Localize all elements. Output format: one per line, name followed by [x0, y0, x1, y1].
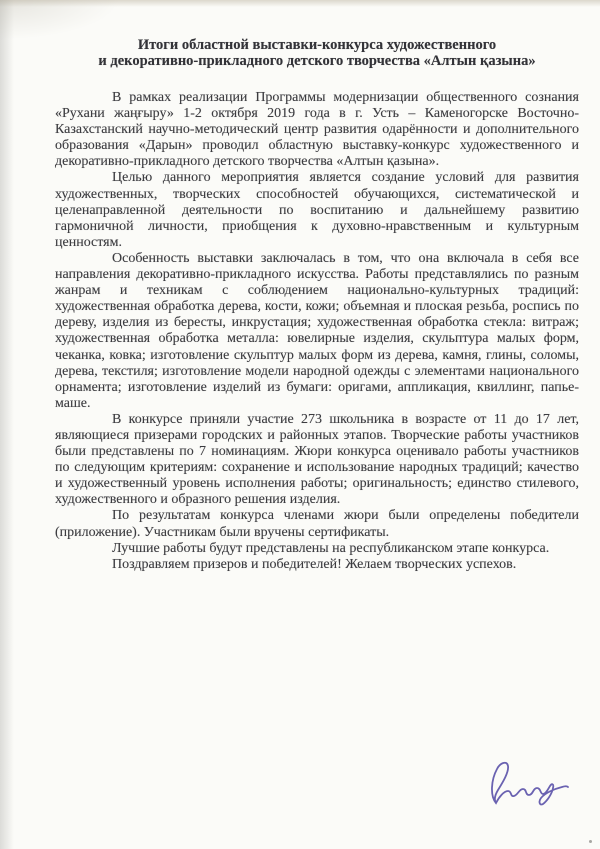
paragraph-participants: В конкурсе приняли участие 273 школьника… [55, 412, 579, 509]
scan-edge-top [0, 0, 600, 7]
scan-edge-left [0, 0, 14, 849]
document-title: Итоги областной выставки-конкурса художе… [55, 37, 579, 69]
paragraph-exhibition-features: Особенность выставки заключалась в том, … [55, 251, 579, 412]
signature-ink-stroke [492, 763, 568, 805]
paragraph-congratulations: Поздравляем призеров и победителей! Жела… [55, 557, 579, 573]
document-paragraphs: В рамках реализации Программы модернизац… [55, 90, 579, 573]
paragraph-results: По результатам конкурса членами жюри был… [55, 508, 579, 540]
paragraph-goal: Целью данного мероприятия является созда… [55, 170, 579, 250]
scan-corner-shade [0, 0, 120, 40]
document-title-line1: Итоги областной выставки-конкурса художе… [55, 37, 579, 53]
document-title-line2: и декоративно-прикладного детского творч… [55, 53, 579, 69]
handwritten-signature [482, 758, 570, 808]
document-body: Итоги областной выставки-конкурса художе… [55, 37, 579, 573]
scanned-document-page: { "page": { "background": "#fbfbf8", "te… [0, 0, 600, 849]
paragraph-best-works: Лучшие работы будут представлены на респ… [55, 541, 579, 557]
scan-dust-speck [589, 840, 592, 843]
paragraph-intro: В рамках реализации Программы модернизац… [55, 90, 579, 170]
